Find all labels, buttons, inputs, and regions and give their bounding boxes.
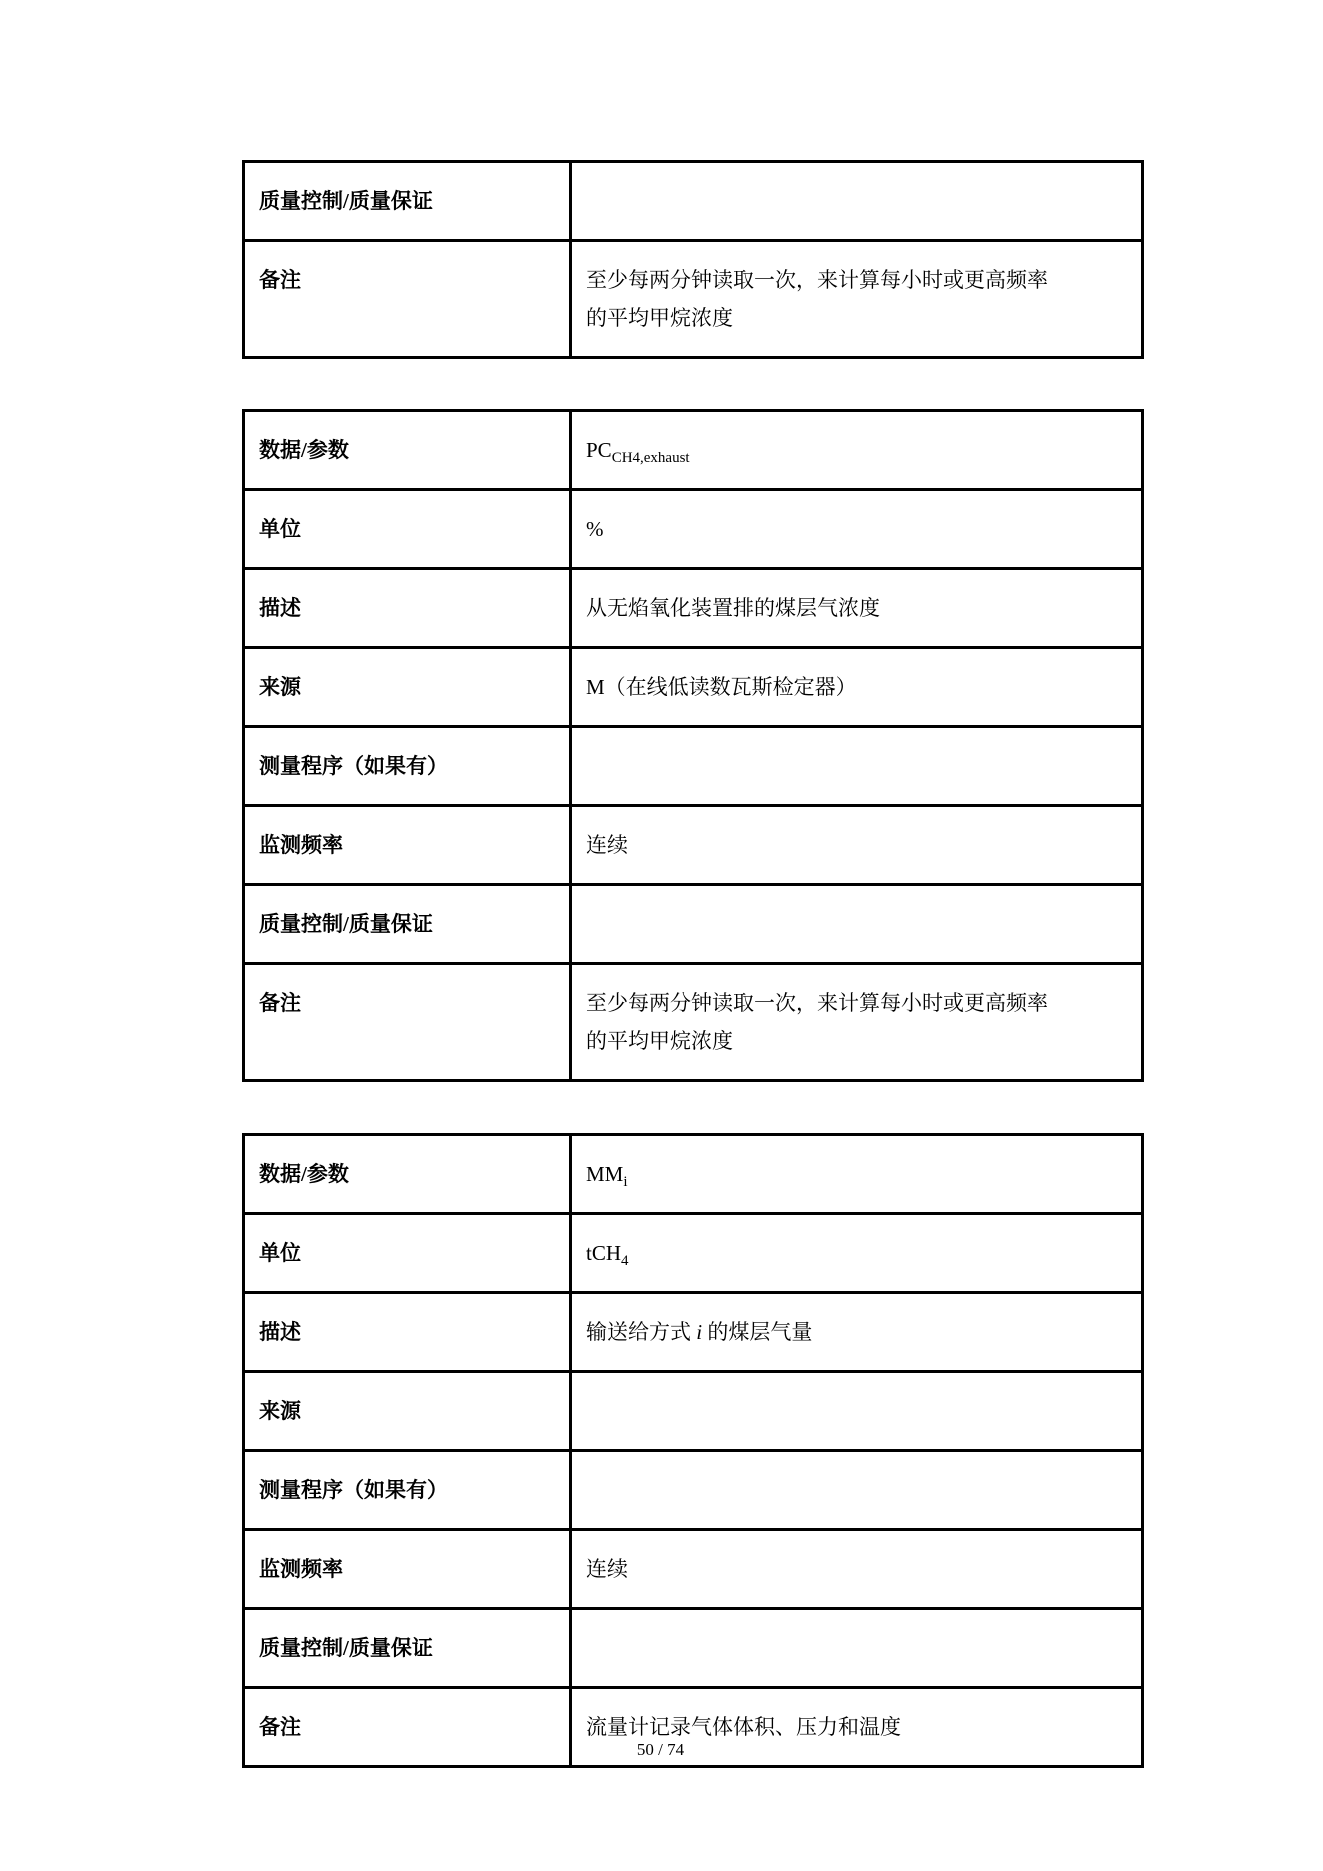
value-segment: 至少每两分钟读取一次，来计算每小时或更高频率 的平均甲烷浓度	[586, 268, 1048, 330]
table-row: 测量程序（如果有）	[244, 727, 1143, 806]
table-row: 备注至少每两分钟读取一次，来计算每小时或更高频率 的平均甲烷浓度	[244, 241, 1143, 358]
row-value: 输送给方式 i 的煤层气量	[571, 1293, 1143, 1372]
row-label: 质量控制/质量保证	[244, 1609, 571, 1688]
table-row: 来源M（在线低读数瓦斯检定器）	[244, 648, 1143, 727]
table-row: 监测频率连续	[244, 1530, 1143, 1609]
row-label: 监测频率	[244, 1530, 571, 1609]
row-value	[571, 1372, 1143, 1451]
value-segment: 连续	[586, 1557, 628, 1581]
table-row: 描述输送给方式 i 的煤层气量	[244, 1293, 1143, 1372]
value-segment: 的煤层气量	[702, 1320, 812, 1344]
qc-remark-table: 质量控制/质量保证备注至少每两分钟读取一次，来计算每小时或更高频率 的平均甲烷浓…	[242, 160, 1144, 359]
row-value	[571, 162, 1143, 241]
row-value: %	[571, 490, 1143, 569]
document-page: 质量控制/质量保证备注至少每两分钟读取一次，来计算每小时或更高频率 的平均甲烷浓…	[0, 0, 1323, 1871]
value-segment: M（在线低读数瓦斯检定器）	[586, 675, 857, 699]
value-segment: tCH	[586, 1241, 621, 1265]
row-label: 描述	[244, 569, 571, 648]
row-value: PCCH4,exhaust	[571, 411, 1143, 490]
value-segment: 连续	[586, 833, 628, 857]
row-label: 备注	[244, 241, 571, 358]
value-segment: 至少每两分钟读取一次，来计算每小时或更高频率 的平均甲烷浓度	[586, 991, 1048, 1053]
table-row: 单位tCH4	[244, 1214, 1143, 1293]
row-label: 质量控制/质量保证	[244, 162, 571, 241]
table-row: 来源	[244, 1372, 1143, 1451]
value-segment: MM	[586, 1162, 623, 1186]
row-value: tCH4	[571, 1214, 1143, 1293]
row-value	[571, 885, 1143, 964]
table-row: 数据/参数PCCH4,exhaust	[244, 411, 1143, 490]
row-value	[571, 1451, 1143, 1530]
row-label: 备注	[244, 964, 571, 1081]
table-row: 备注至少每两分钟读取一次，来计算每小时或更高频率 的平均甲烷浓度	[244, 964, 1143, 1081]
page-number: 50 / 74	[242, 1738, 1079, 1762]
table-row: 数据/参数MMi	[244, 1135, 1143, 1214]
tables-area: 质量控制/质量保证备注至少每两分钟读取一次，来计算每小时或更高频率 的平均甲烷浓…	[242, 160, 1079, 1768]
value-segment: 从无焰氧化装置排的煤层气浓度	[586, 596, 880, 620]
value-segment: %	[586, 517, 604, 541]
value-segment: 流量计记录气体体积、压力和温度	[586, 1715, 901, 1739]
row-label: 单位	[244, 1214, 571, 1293]
row-label: 描述	[244, 1293, 571, 1372]
row-value	[571, 1609, 1143, 1688]
row-label: 来源	[244, 1372, 571, 1451]
row-value: M（在线低读数瓦斯检定器）	[571, 648, 1143, 727]
row-label: 测量程序（如果有）	[244, 727, 571, 806]
pc-ch4-exhaust-parameter-table: 数据/参数PCCH4,exhaust单位%描述从无焰氧化装置排的煤层气浓度来源M…	[242, 409, 1144, 1082]
table-row: 质量控制/质量保证	[244, 162, 1143, 241]
table-row: 质量控制/质量保证	[244, 1609, 1143, 1688]
table-row: 单位%	[244, 490, 1143, 569]
value-segment: 4	[621, 1253, 629, 1269]
table-row: 描述从无焰氧化装置排的煤层气浓度	[244, 569, 1143, 648]
row-value: 连续	[571, 806, 1143, 885]
row-value: 从无焰氧化装置排的煤层气浓度	[571, 569, 1143, 648]
value-segment: i	[623, 1174, 627, 1190]
row-value: 连续	[571, 1530, 1143, 1609]
table-row: 测量程序（如果有）	[244, 1451, 1143, 1530]
row-label: 来源	[244, 648, 571, 727]
table-row: 监测频率连续	[244, 806, 1143, 885]
value-segment: 输送给方式	[586, 1320, 696, 1344]
row-label: 数据/参数	[244, 1135, 571, 1214]
row-value: 至少每两分钟读取一次，来计算每小时或更高频率 的平均甲烷浓度	[571, 241, 1143, 358]
mm-i-parameter-table: 数据/参数MMi单位tCH4描述输送给方式 i 的煤层气量来源测量程序（如果有）…	[242, 1133, 1144, 1768]
value-segment: CH4,exhaust	[612, 450, 690, 466]
row-label: 监测频率	[244, 806, 571, 885]
row-label: 单位	[244, 490, 571, 569]
row-value: MMi	[571, 1135, 1143, 1214]
row-label: 质量控制/质量保证	[244, 885, 571, 964]
row-value	[571, 727, 1143, 806]
row-value: 至少每两分钟读取一次，来计算每小时或更高频率 的平均甲烷浓度	[571, 964, 1143, 1081]
row-label: 测量程序（如果有）	[244, 1451, 571, 1530]
value-segment: PC	[586, 438, 612, 462]
table-row: 质量控制/质量保证	[244, 885, 1143, 964]
row-label: 数据/参数	[244, 411, 571, 490]
